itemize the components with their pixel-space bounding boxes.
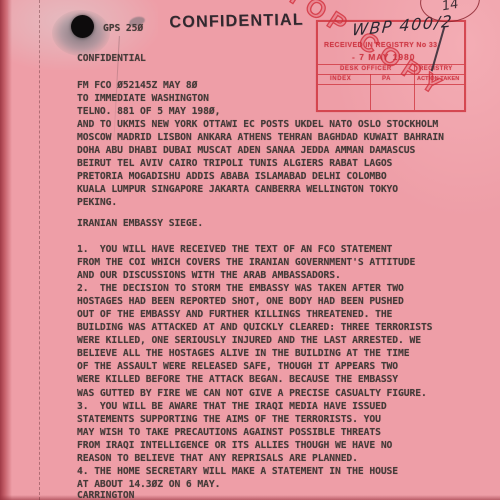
fold-crease-line xyxy=(39,0,40,500)
telegram-body: 1. YOU WILL HAVE RECEIVED THE TEXT OF AN… xyxy=(77,243,432,491)
registry-date-stamp: - 7 MAY 1980 xyxy=(352,52,416,62)
gps-number: GPS 25Ø xyxy=(103,22,143,35)
routing-address-block: FM FCO Ø52145Z MAY 8Ø TO IMMEDIATE WASHI… xyxy=(77,79,444,209)
subject-line: IRANIAN EMBASSY SIEGE. xyxy=(77,217,203,230)
registry-label: REGISTRY xyxy=(419,66,453,72)
desk-officer-label: DESK OFFICER xyxy=(340,66,392,72)
signature-line: CARRINGTON xyxy=(77,489,134,500)
received-in-registry-label: RECEIVED IN REGISTRY No 33 xyxy=(324,42,437,49)
registry-stamp-line xyxy=(318,64,464,65)
paper-bottom-edge xyxy=(0,495,500,500)
confidential-header-stamp: CONFIDENTIAL xyxy=(169,11,307,33)
telegram-scan-page: GPS 25Ø CONFIDENTIAL TOP COPY RECEIVED I… xyxy=(0,0,500,500)
paper-left-edge xyxy=(0,0,12,500)
hole-punch xyxy=(71,15,94,38)
registry-stamp-line xyxy=(318,74,464,75)
classification-line: CONFIDENTIAL xyxy=(77,52,146,65)
